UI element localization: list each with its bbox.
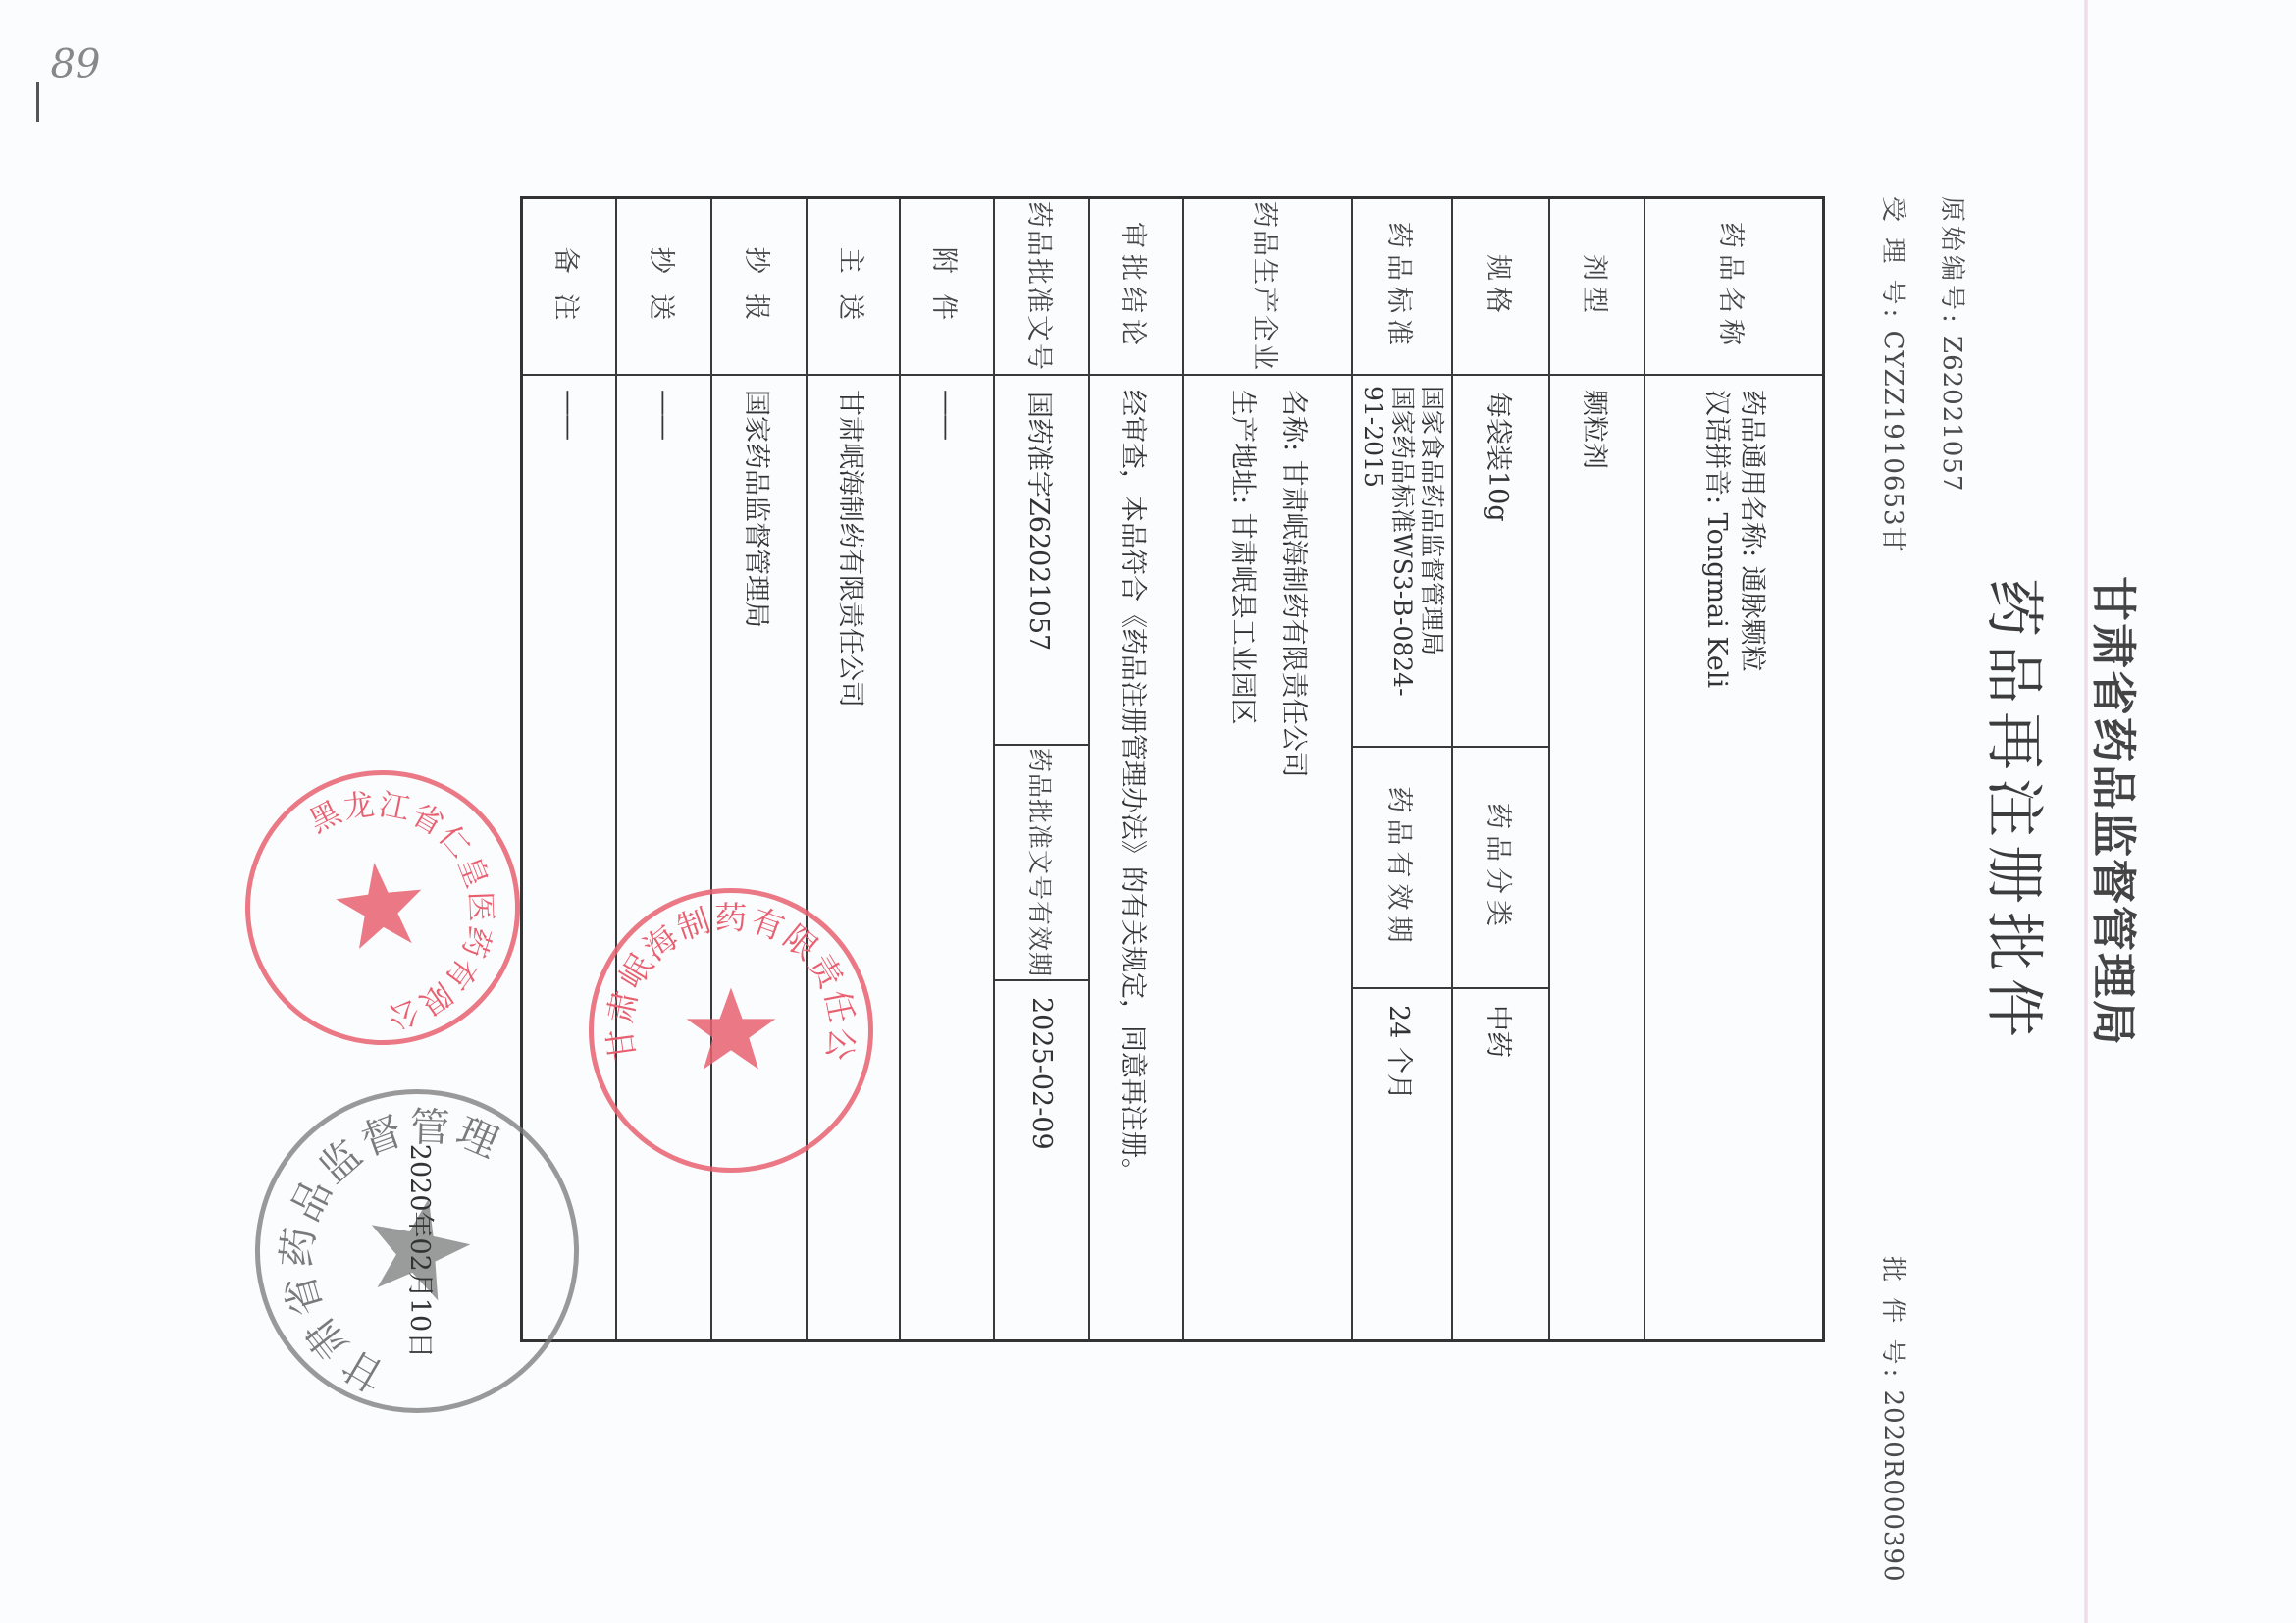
- acceptance-number-label: 受 理 号:: [1878, 196, 1907, 321]
- classification-value: 中药: [1453, 989, 1548, 1339]
- specification-value: 每袋装10g: [1453, 376, 1548, 746]
- generic-name: 药品通用名称: 通脉颗粒: [1734, 390, 1769, 672]
- dosage-form-label: 剂型: [1550, 199, 1644, 376]
- issuing-agency: 甘肃省药品监督管理局: [2084, 0, 2149, 1623]
- approval-doc-label: 药品批准文号: [995, 199, 1088, 376]
- row-manufacturer: 药品生产企业 名称: 甘肃岷海制药有限责任公司 生产地址: 甘肃岷县工业园区: [1182, 199, 1351, 1339]
- acceptance-number: 受 理 号: CYZZ1910653甘: [1877, 196, 1913, 553]
- handwritten-page-number: 89: [51, 41, 101, 86]
- approval-number-label: 批 件 号:: [1878, 1256, 1907, 1381]
- approval-doc-value: 国药准字Z62021057: [995, 376, 1088, 744]
- main-recipient-label: 主 送: [808, 199, 899, 376]
- document-page: 甘肃省药品监督管理局 药品再注册批件 原始编号: Z62021057 受 理 号…: [0, 0, 2296, 1623]
- manufacturer-name: 名称: 甘肃岷海制药有限责任公司: [1268, 390, 1319, 778]
- manufacturer-value: 名称: 甘肃岷海制药有限责任公司 生产地址: 甘肃岷县工业园区: [1184, 376, 1351, 1339]
- row-specification: 规格 每袋装10g 药品分类 中药: [1451, 199, 1548, 1339]
- original-number-value: Z62021057: [1937, 336, 1966, 492]
- standard-line-3: 91-2015: [1358, 386, 1387, 488]
- specification-label: 规格: [1453, 199, 1548, 376]
- manufacturer-label: 药品生产企业: [1184, 199, 1351, 376]
- acceptance-number-value: CYZZ1910653甘: [1878, 331, 1907, 553]
- copy-to-label: 抄 送: [617, 199, 710, 376]
- standard-line-2: 国家药品标准WS3-B-0824-: [1387, 386, 1417, 697]
- approval-number: 批 件 号: 2020R000390: [1877, 1256, 1913, 1583]
- row-main-recipient: 主 送 甘肃岷海制药有限责任公司: [806, 199, 899, 1339]
- original-number: 原始编号: Z62021057: [1936, 196, 1972, 492]
- pinyin-name: 汉语拼音: Tongmai Keli: [1698, 390, 1734, 688]
- conclusion-value: 经审查，本品符合《药品注册管理办法》的有关规定，同意再注册。: [1090, 376, 1182, 1339]
- row-drug-name: 药品名称 药品通用名称: 通脉颗粒 汉语拼音: Tongmai Keli: [1644, 199, 1822, 1339]
- approval-validity-label: 药品批准文号有效期: [995, 744, 1088, 981]
- row-dosage-form: 剂型 颗粒剂: [1548, 199, 1644, 1339]
- manufacturer-address: 生产地址: 甘肃岷县工业园区: [1217, 390, 1268, 725]
- shelf-life-label: 药品有效期: [1353, 746, 1451, 989]
- report-to-label: 抄 报: [712, 199, 806, 376]
- drug-name-label: 药品名称: [1645, 199, 1822, 376]
- copy-to-value: ——: [617, 376, 710, 1339]
- standard-label: 药品标准: [1353, 199, 1451, 376]
- seal-date: 2020年02月10日: [403, 1089, 442, 1413]
- star-icon: [687, 988, 776, 1070]
- shelf-life-value: 24 个月: [1353, 989, 1451, 1339]
- dosage-form-value: 颗粒剂: [1550, 376, 1644, 1339]
- row-standard: 药品标准 国家食品药品监督管理局 国家药品标准WS3-B-0824- 91-20…: [1351, 199, 1451, 1339]
- main-recipient-value: 甘肃岷海制药有限责任公司: [808, 376, 899, 1339]
- manufacturer-seal: 甘肃岷海制药有限责任公司: [589, 888, 873, 1173]
- remarks-label: 备 注: [523, 199, 615, 376]
- original-number-label: 原始编号:: [1937, 196, 1966, 327]
- drug-name-value: 药品通用名称: 通脉颗粒 汉语拼音: Tongmai Keli: [1645, 376, 1822, 1339]
- svg-text:甘肃省药品监督管理局: 甘肃省药品监督管理局: [159, 1020, 523, 1423]
- row-attachment: 附 件 ——: [899, 199, 993, 1339]
- attachment-label: 附 件: [901, 199, 993, 376]
- agency-seal-text: 甘肃省药品监督管理局: [159, 1020, 523, 1423]
- document-title: 药品再注册批件: [1976, 0, 2061, 1623]
- row-conclusion: 审批结论 经审查，本品符合《药品注册管理办法》的有关规定，同意再注册。: [1088, 199, 1182, 1339]
- classification-label: 药品分类: [1453, 746, 1548, 989]
- row-approval-doc: 药品批准文号 国药准字Z62021057 药品批准文号有效期 2025-02-0…: [993, 199, 1088, 1339]
- attachment-value: ——: [901, 376, 993, 1339]
- conclusion-label: 审批结论: [1090, 199, 1182, 376]
- manufacturer-seal-graphic: 甘肃岷海制药有限责任公司: [594, 893, 868, 1168]
- distributor-seal-graphic: 黑龙江省仁皇医药有限公司: [207, 732, 559, 1084]
- standard-value: 国家食品药品监督管理局 国家药品标准WS3-B-0824- 91-2015: [1353, 376, 1451, 746]
- approval-number-value: 2020R000390: [1878, 1390, 1907, 1583]
- edge-mark: [36, 82, 39, 122]
- approval-validity-value: 2025-02-09: [995, 981, 1088, 1339]
- star-icon: [329, 850, 440, 965]
- report-to-value: 国家药品监督管理局: [712, 376, 806, 1339]
- standard-line-1: 国家食品药品监督管理局: [1417, 386, 1446, 655]
- distributor-seal: 黑龙江省仁皇医药有限公司: [200, 725, 565, 1090]
